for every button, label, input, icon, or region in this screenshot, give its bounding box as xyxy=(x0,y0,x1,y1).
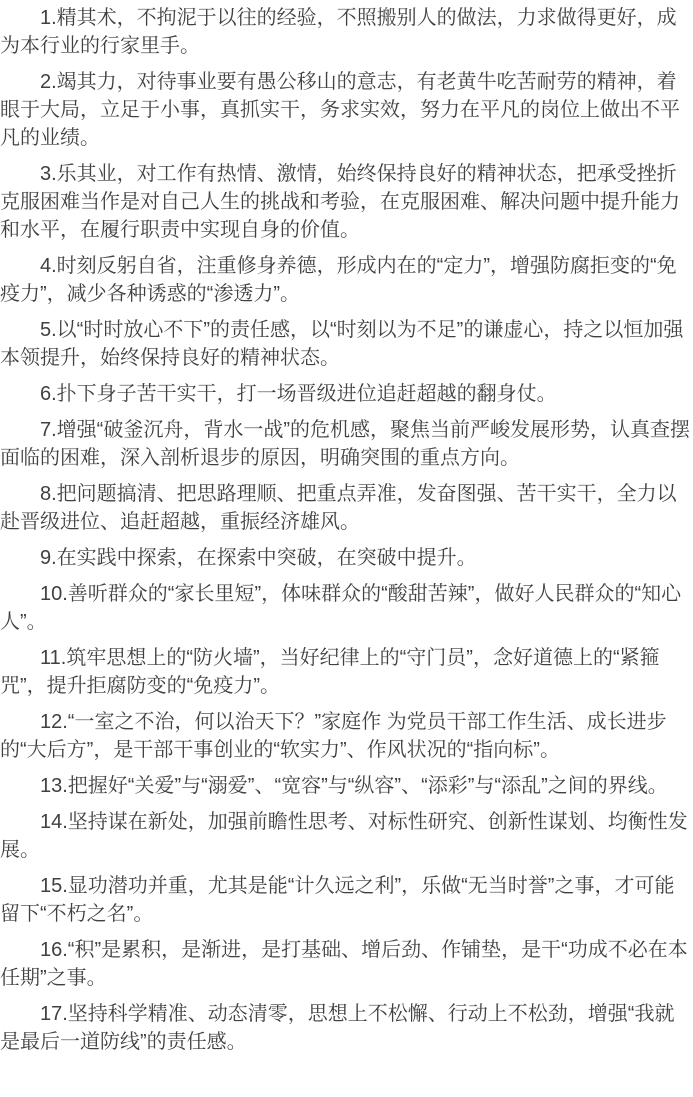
paragraph: 11.筑牢思想上的“防火墙”，当好纪律上的“守门员”，念好道德上的“紧箍咒”，提… xyxy=(0,644,693,700)
paragraph: 10.善听群众的“家长里短”，体味群众的“酸甜苦辣”，做好人民群众的“知心人”。 xyxy=(0,580,693,636)
paragraph: 16.“积”是累积，是渐进，是打基础、增后劲、作铺垫，是干“功成不必在本任期”之… xyxy=(0,936,693,992)
paragraph: 5.以“时时放心不下”的责任感，以“时刻以为不足”的谦虚心，持之以恒加强本领提升… xyxy=(0,316,693,372)
paragraph: 7.增强“破釜沉舟，背水一战”的危机感，聚焦当前严峻发展形势，认真查摆面临的困难… xyxy=(0,416,693,472)
paragraph: 4.时刻反躬自省，注重修身养德，形成内在的“定力”，增强防腐拒变的“免疫力”，减… xyxy=(0,252,693,308)
paragraph: 12.“一室之不治，何以治天下？”家庭作 为党员干部工作生活、成长进步的“大后方… xyxy=(0,708,693,764)
paragraph: 1.精其术，不拘泥于以往的经验，不照搬别人的做法，力求做得更好，成为本行业的行家… xyxy=(0,4,693,60)
paragraph: 9.在实践中探索，在探索中突破，在突破中提升。 xyxy=(0,544,693,572)
paragraph: 8.把问题搞清、把思路理顺、把重点弄准，发奋图强、苦干实干，全力以赴晋级进位、追… xyxy=(0,480,693,536)
paragraph: 3.乐其业，对工作有热情、激情，始终保持良好的精神状态，把承受挫折克服困难当作是… xyxy=(0,160,693,244)
paragraph: 6.扑下身子苦干实干，打一场晋级进位追赶超越的翻身仗。 xyxy=(0,380,693,408)
paragraph: 17.坚持科学精准、动态清零，思想上不松懈、行动上不松劲，增强“我就是最后一道防… xyxy=(0,1000,693,1056)
paragraph: 15.显功潜功并重，尤其是能“计久远之利”，乐做“无当时誉”之事，才可能留下“不… xyxy=(0,872,693,928)
paragraph: 14.坚持谋在新处，加强前瞻性思考、对标性研究、创新性谋划、均衡性发展。 xyxy=(0,808,693,864)
paragraph: 2.竭其力，对待事业要有愚公移山的意志，有老黄牛吃苦耐劳的精神，着眼于大局，立足… xyxy=(0,68,693,152)
paragraph: 13.把握好“关爱”与“溺爱”、“宽容”与“纵容”、“添彩”与“添乱”之间的界线… xyxy=(0,772,693,800)
document-body: 1.精其术，不拘泥于以往的经验，不照搬别人的做法，力求做得更好，成为本行业的行家… xyxy=(0,4,693,1056)
